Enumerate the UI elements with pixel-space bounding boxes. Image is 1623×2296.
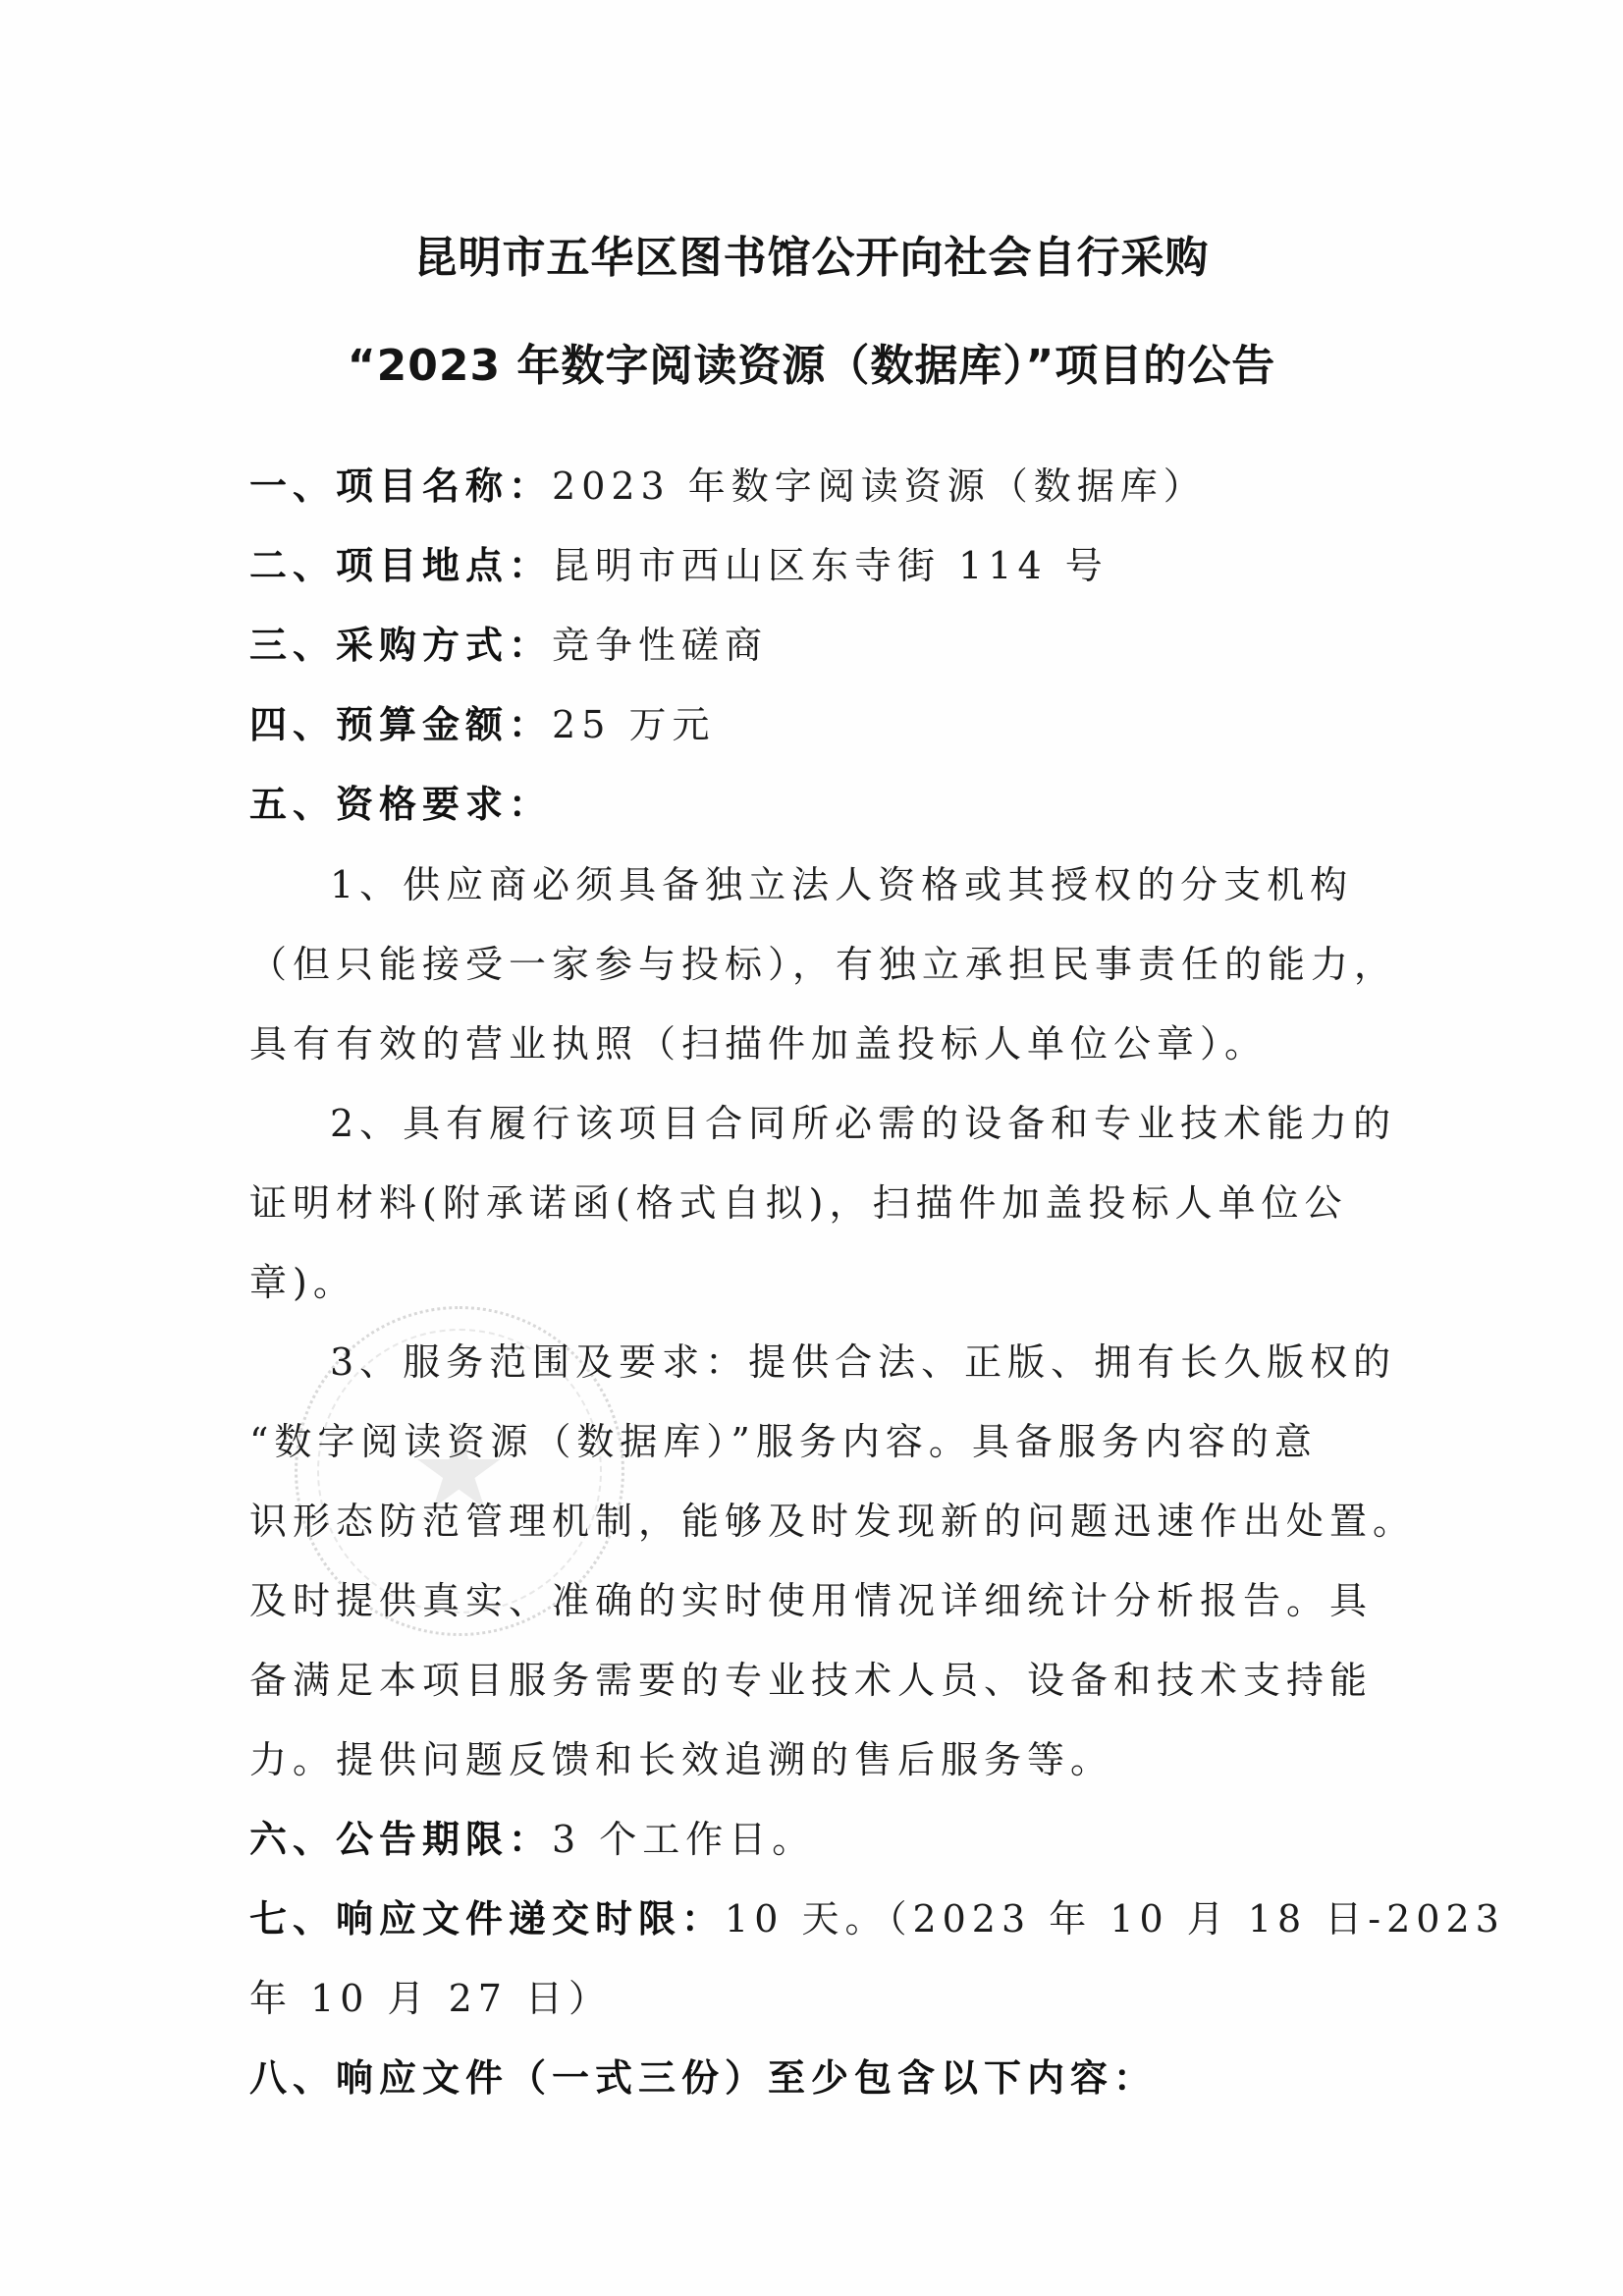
document-title-line2: “2023 年数字阅读资源（数据库）”项目的公告 — [0, 330, 1623, 393]
section-value: 3 个工作日。 — [552, 1818, 815, 1861]
requirement-2-line: 2、具有履行该项目合同所必需的设备和专业技术能力的 — [330, 1099, 1396, 1148]
requirement-2-line: 章)。 — [249, 1258, 356, 1307]
section-label: 五、资格要求： — [249, 783, 552, 826]
requirement-3-line: 识形态防范管理机制，能够及时发现新的问题迅速作出处置。 — [249, 1497, 1416, 1546]
section-announcement-period: 六、公告期限：3 个工作日。 — [249, 1815, 815, 1864]
section-label: 八、响应文件（一式三份）至少包含以下内容： — [249, 2056, 1157, 2100]
section-value: 2023 年数字阅读资源（数据库） — [552, 465, 1207, 508]
section-label: 六、公告期限： — [249, 1818, 552, 1861]
section-submission-deadline: 七、响应文件递交时限：10 天。（2023 年 10 月 18 日-2023 — [249, 1894, 1505, 1943]
section-label: 七、响应文件递交时限： — [249, 1897, 725, 1941]
section-label: 四、预算金额： — [249, 703, 552, 746]
section-procurement-method: 三、采购方式：竞争性磋商 — [249, 621, 768, 670]
section-project-location: 二、项目地点：昆明市西山区东寺街 114 号 — [249, 541, 1109, 590]
requirement-3-line: 备满足本项目服务需要的专业技术人员、设备和技术支持能 — [249, 1656, 1373, 1705]
requirement-3-line: “数字阅读资源（数据库）”服务内容。具备服务内容的意 — [249, 1417, 1318, 1466]
section-project-name: 一、项目名称：2023 年数字阅读资源（数据库） — [249, 462, 1207, 511]
section-qualifications: 五、资格要求： — [249, 780, 552, 829]
section-label: 一、项目名称： — [249, 465, 552, 508]
document-title-line1: 昆明市五华区图书馆公开向社会自行采购 — [0, 222, 1623, 285]
section-value: 昆明市西山区东寺街 114 号 — [552, 544, 1109, 587]
requirement-1-line: 具有有效的营业执照（扫描件加盖投标人单位公章）。 — [249, 1019, 1268, 1068]
section-submission-deadline-continuation: 年 10 月 27 日） — [249, 1974, 612, 2023]
document-page: ★ 昆明市五华区图书馆公开向社会自行采购 “2023 年数字阅读资源（数据库）”… — [0, 0, 1623, 2296]
requirement-1-line: （但只能接受一家参与投标），有独立承担民事责任的能力， — [249, 940, 1397, 989]
requirement-3-line: 及时提供真实、准确的实时使用情况详细统计分析报告。具 — [249, 1576, 1373, 1625]
section-value: 10 天。（2023 年 10 月 18 日-2023 — [725, 1897, 1505, 1941]
section-value: 竞争性磋商 — [552, 624, 768, 667]
section-value: 25 万元 — [552, 703, 715, 746]
requirement-3-line: 力。提供问题反馈和长效追溯的售后服务等。 — [249, 1735, 1113, 1784]
requirement-1-line: 1、供应商必须具备独立法人资格或其授权的分支机构 — [330, 860, 1353, 909]
section-label: 二、项目地点： — [249, 544, 552, 587]
requirement-2-line: 证明材料(附承诺函(格式自拟)，扫描件加盖投标人单位公 — [249, 1178, 1347, 1228]
section-budget: 四、预算金额：25 万元 — [249, 700, 715, 749]
section-label: 三、采购方式： — [249, 624, 552, 667]
section-response-documents: 八、响应文件（一式三份）至少包含以下内容： — [249, 2053, 1157, 2103]
requirement-3-line: 3、服务范围及要求：提供合法、正版、拥有长久版权的 — [330, 1338, 1396, 1387]
